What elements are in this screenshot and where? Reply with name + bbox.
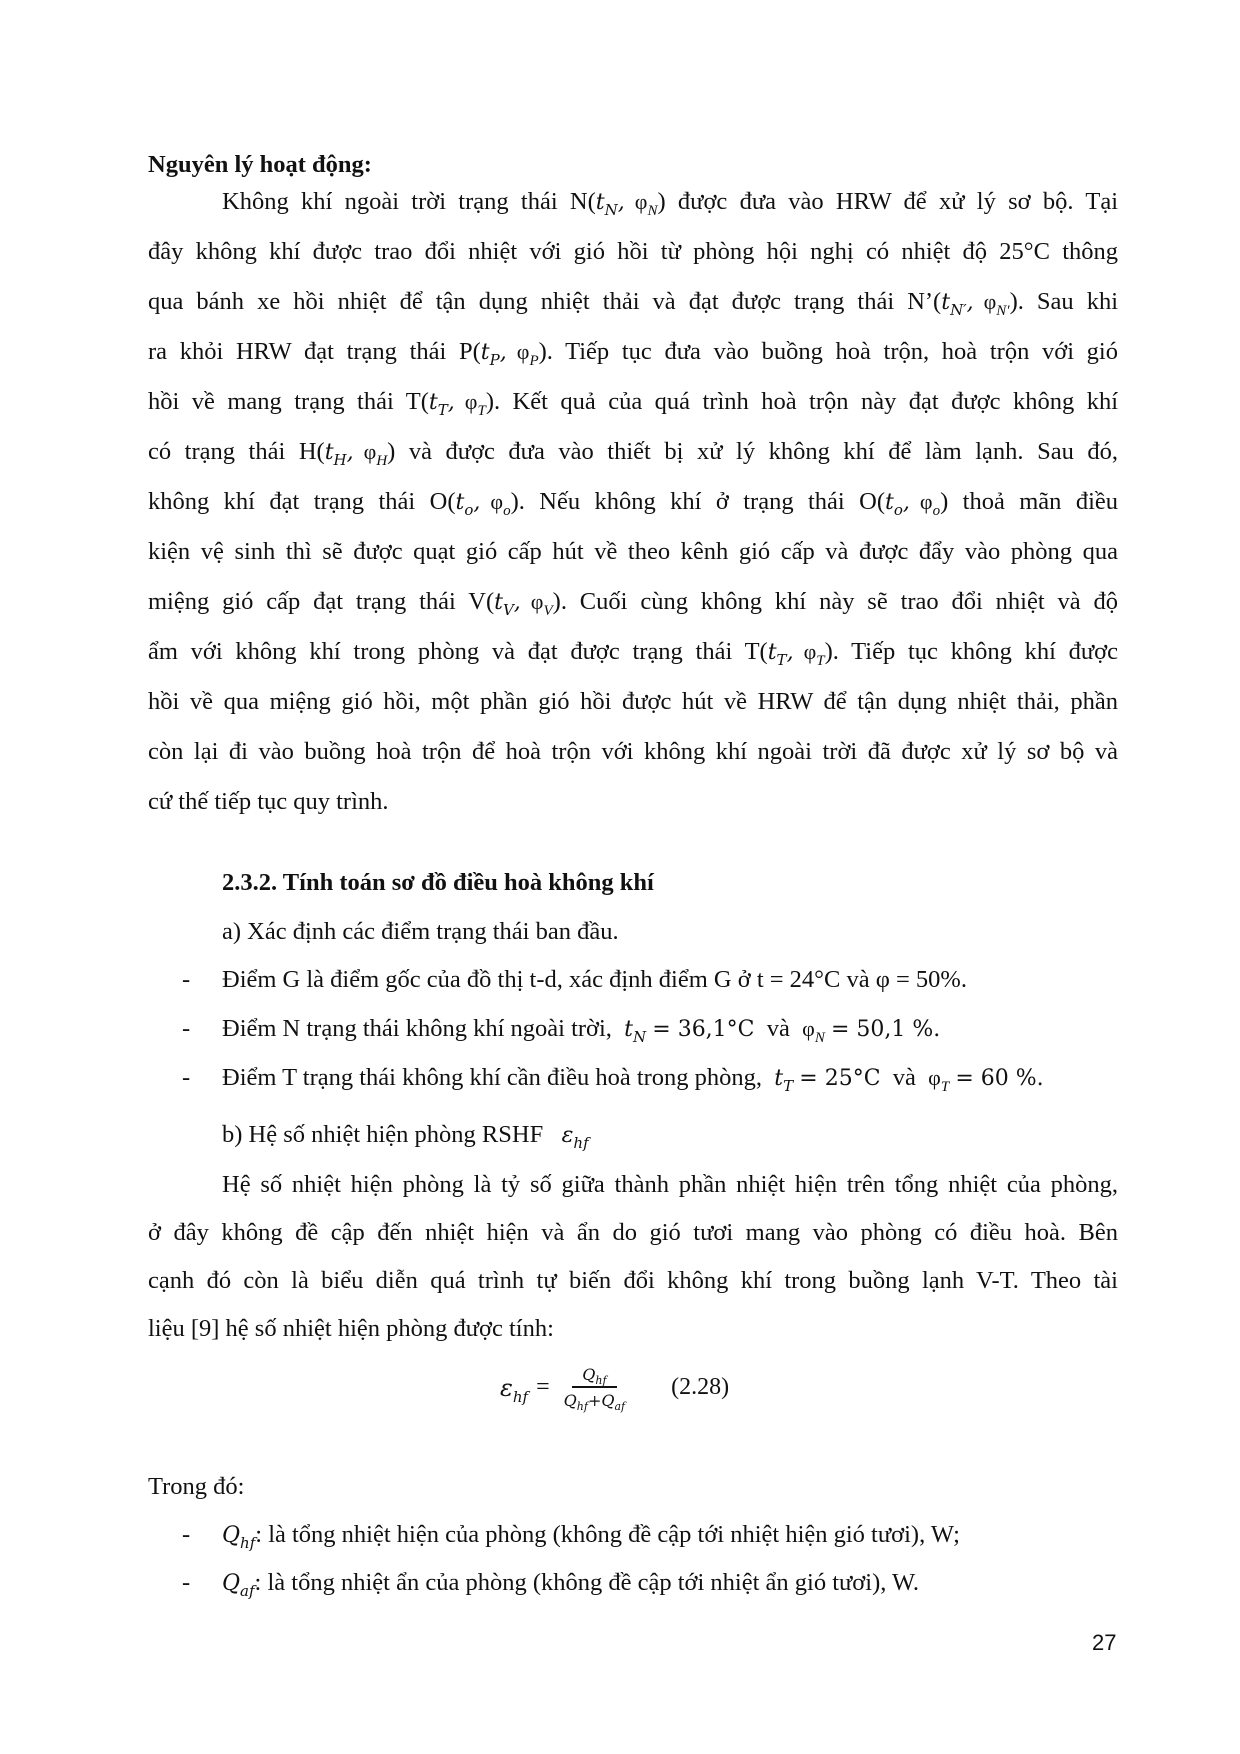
t-value: = 36,1°C	[652, 1017, 754, 1042]
definition-q-af: Qaf: là tổng nhiệt ẩn của phòng (không đ…	[222, 1568, 919, 1599]
paragraph-line: ở đây không đề cập đến nhiệt hiện và ẩn …	[148, 1218, 1118, 1248]
t-symbol: tN	[624, 1017, 646, 1042]
phi-value: = 60 %.	[955, 1066, 1043, 1091]
definition-q-hf: Qhf: là tổng nhiệt hiện của phòng (không…	[222, 1520, 960, 1551]
paragraph-line: không khí đạt trạng thái O(to,φo). Nếu k…	[148, 487, 1118, 518]
equation-lhs: εhf	[500, 1374, 528, 1402]
paragraph-line: Hệ số nhiệt hiện phòng là tỷ số giữa thà…	[222, 1170, 1118, 1200]
subsection-b: b) Hệ số nhiệt hiện phòng RSHF εhf	[222, 1120, 1192, 1151]
epsilon-symbol: εhf	[562, 1123, 589, 1148]
phi-symbol: φT	[928, 1065, 949, 1090]
bullet-dash: -	[182, 1063, 190, 1093]
state-symbol: tN,φN	[596, 188, 658, 215]
state-symbol: tV,φV	[494, 588, 553, 615]
equation-2-28: εhf = Qhf Qhf+Qaf (2.28)	[500, 1365, 729, 1410]
subsection-a: a) Xác định các điểm trạng thái ban đầu.	[222, 917, 1192, 947]
definition-text: : là tổng nhiệt ẩn của phòng (không đề c…	[255, 1569, 920, 1596]
paragraph-line: Không khí ngoài trời trạng thái N(tN,φN)…	[222, 187, 1118, 218]
where-label: Trong đó:	[148, 1472, 1118, 1502]
paragraph-line: kiện vệ sinh thì sẽ được quạt gió cấp hú…	[148, 537, 1118, 567]
paragraph-line: liệu [9] hệ số nhiệt hiện phòng được tín…	[148, 1314, 1118, 1344]
bullet-dash: -	[182, 1568, 190, 1598]
paragraph-line: hồi về mang trạng thái T(tT,φT). Kết quả…	[148, 387, 1118, 418]
page-number: 27	[1092, 1630, 1116, 1656]
bullet-point-t: Điểm T trạng thái không khí cần điều hoà…	[222, 1063, 1044, 1094]
phi-value: = 50,1 %.	[831, 1017, 940, 1042]
paragraph-line: miệng gió cấp đạt trạng thái V(tV,φV). C…	[148, 587, 1118, 618]
and-word: và	[767, 1015, 790, 1042]
state-symbol: tT,φT	[768, 638, 825, 665]
subsection-b-text: b) Hệ số nhiệt hiện phòng RSHF	[222, 1121, 543, 1148]
state-symbol: tN′,φN′	[941, 288, 1009, 315]
state-symbol: tP,φP	[481, 338, 539, 365]
bullet-text: Điểm N trạng thái không khí ngoài trời,	[222, 1015, 612, 1042]
bullet-dash: -	[182, 1520, 190, 1550]
q-symbol: Qaf	[222, 1571, 255, 1596]
paragraph-line: ẩm với không khí trong phòng và đạt được…	[148, 637, 1118, 668]
paragraph-line: hồi về qua miệng gió hồi, một phần gió h…	[148, 687, 1118, 717]
equation-number: (2.28)	[671, 1374, 729, 1401]
section-title: 2.3.2. Tính toán sơ đồ điều hoà không kh…	[222, 868, 1192, 898]
heading-operating-principle: Nguyên lý hoạt động:	[148, 150, 1118, 180]
paragraph-line: đây không khí được trao đổi nhiệt với gi…	[148, 237, 1118, 267]
definition-text: : là tổng nhiệt hiện của phòng (không đề…	[255, 1521, 960, 1548]
denominator: Qhf+Qaf	[564, 1388, 625, 1410]
state-symbol: tT,φT	[429, 388, 486, 415]
bullet-dash: -	[182, 965, 190, 995]
paragraph-line: cạnh đó còn là biểu diễn quá trình tự bi…	[148, 1266, 1118, 1296]
bullet-point-n: Điểm N trạng thái không khí ngoài trời, …	[222, 1014, 940, 1045]
paragraph-line: ra khỏi HRW đạt trạng thái P(tP,φP). Tiế…	[148, 337, 1118, 368]
bullet-dash: -	[182, 1014, 190, 1044]
t-symbol: tT	[774, 1066, 793, 1091]
fraction: Qhf Qhf+Qaf	[564, 1365, 625, 1410]
paragraph-line: có trạng thái H(tH,φH) và được đưa vào t…	[148, 437, 1118, 468]
q-symbol: Qhf	[222, 1523, 255, 1548]
paragraph-line: cứ thế tiếp tục quy trình.	[148, 787, 1118, 817]
state-symbol: tH,φH	[325, 438, 387, 465]
equals-sign: =	[536, 1374, 550, 1401]
bullet-point-g: Điểm G là điểm gốc của đồ thị t-d, xác đ…	[222, 965, 967, 995]
paragraph-line: qua bánh xe hồi nhiệt để tận dụng nhiệt …	[148, 287, 1118, 318]
t-value: = 25°C	[799, 1066, 880, 1091]
state-symbol: to,φo	[455, 488, 510, 515]
phi-symbol: φN	[802, 1016, 825, 1041]
bullet-text: Điểm T trạng thái không khí cần điều hoà…	[222, 1064, 762, 1091]
state-symbol: to,φo	[885, 488, 940, 515]
numerator: Qhf	[572, 1365, 616, 1388]
and-word: và	[893, 1064, 916, 1091]
paragraph-line: còn lại đi vào buồng hoà trộn để hoà trộ…	[148, 737, 1118, 767]
